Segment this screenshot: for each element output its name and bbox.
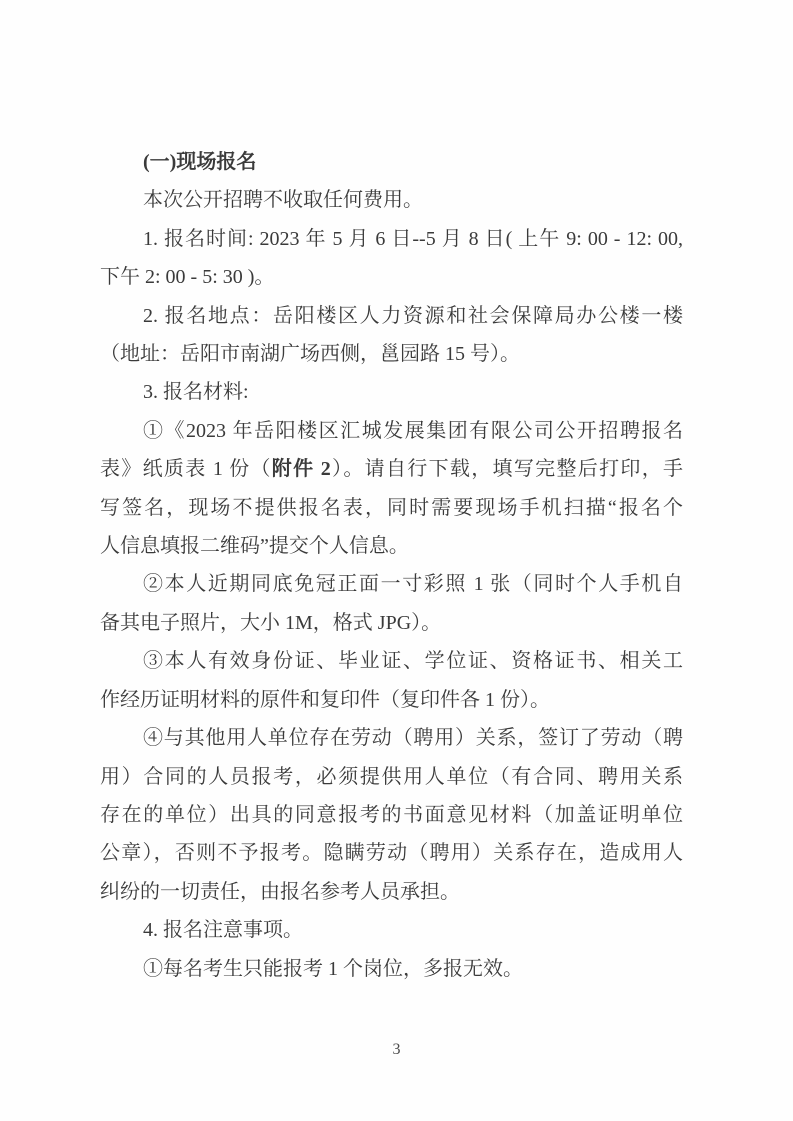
doc-line: 4. 报名注意事项。	[100, 911, 683, 949]
doc-line: 备其电子照片，大小 1M，格式 JPG）。	[100, 604, 683, 642]
doc-line: 纠纷的一切责任，由报名参考人员承担。	[100, 873, 683, 911]
doc-line: 作经历证明材料的原件和复印件（复印件各 1 份）。	[100, 681, 683, 719]
doc-line: 1. 报名时间: 2023 年 5 月 6 日--5 月 8 日( 上午 9: …	[100, 220, 683, 258]
doc-line: （地址：岳阳市南湖广场西侧，邕园路 15 号）。	[100, 335, 683, 373]
doc-line: 写签名，现场不提供报名表，同时需要现场手机扫描“报名个	[100, 489, 683, 527]
doc-line: 人信息填报二维码”提交个人信息。	[100, 527, 683, 565]
doc-line: 3. 报名材料:	[100, 373, 683, 411]
doc-line: 公章），否则不予报考。隐瞒劳动（聘用）关系存在，造成用人	[100, 834, 683, 872]
document-page: (一)现场报名 本次公开招聘不收取任何费用。 1. 报名时间: 2023 年 5…	[0, 0, 793, 1121]
doc-line: ②本人近期同底免冠正面一寸彩照 1 张（同时个人手机自	[100, 565, 683, 603]
doc-line: ①《2023 年岳阳楼区汇城发展集团有限公司公开招聘报名	[100, 412, 683, 450]
doc-line: ③本人有效身份证、毕业证、学位证、资格证书、相关工	[100, 642, 683, 680]
doc-line: 本次公开招聘不收取任何费用。	[100, 181, 683, 219]
bold-attachment-ref: 附件 2	[272, 458, 331, 480]
doc-line: 用）合同的人员报考，必须提供用人单位（有合同、聘用关系	[100, 758, 683, 796]
doc-line: 下午 2: 00 - 5: 30 )。	[100, 258, 683, 296]
doc-line: 2. 报名地点：岳阳楼区人力资源和社会保障局办公楼一楼	[100, 297, 683, 335]
document-body: (一)现场报名 本次公开招聘不收取任何费用。 1. 报名时间: 2023 年 5…	[100, 143, 683, 988]
doc-line: 表》纸质表 1 份（附件 2）。请自行下载，填写完整后打印，手	[100, 450, 683, 488]
doc-line: ④与其他用人单位存在劳动（聘用）关系，签订了劳动（聘	[100, 719, 683, 757]
doc-line: 存在的单位）出具的同意报考的书面意见材料（加盖证明单位	[100, 796, 683, 834]
page-number: 3	[0, 1041, 793, 1059]
doc-line: ①每名考生只能报考 1 个岗位，多报无效。	[100, 950, 683, 988]
section-heading: (一)现场报名	[100, 143, 683, 181]
